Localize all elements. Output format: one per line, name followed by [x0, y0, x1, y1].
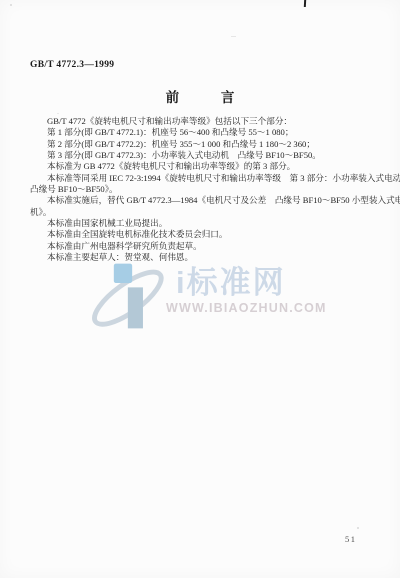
body-line: GB/T 4772《旋转电机尺寸和输出功率等级》包括以下三个部分： — [30, 116, 380, 127]
body-line: 本标准由广州电器科学研究所负责起草。 — [30, 241, 380, 252]
watermark-site-name: i标准网 — [176, 257, 286, 302]
scan-speck — [57, 113, 59, 114]
body-line: 本标准由国家机械工业局提出。 — [30, 218, 380, 229]
page-title: 前 言 — [0, 86, 400, 106]
scan-speck — [10, 4, 12, 6]
document-page: GB/T 4772.3—1999 前 言 GB/T 4772《旋转电机尺寸和输出… — [0, 0, 400, 578]
scan-speck — [231, 36, 236, 37]
scan-speck — [357, 527, 359, 529]
body-line: 本标准实施后，替代 GB/T 4772.3—1984《电机尺寸及公差 凸缘号 B… — [30, 195, 380, 206]
ibiaozhun-logo-icon — [92, 255, 168, 337]
body-line: 本标准由全国旋转电机标准化技术委员会归口。 — [30, 229, 380, 240]
body-line: 第 1 部分(即 GB/T 4772.1)：机座号 56～400 和凸缘号 55… — [30, 127, 380, 138]
body-line: 机》。 — [30, 207, 380, 218]
scan-artifact — [304, 0, 306, 7]
body-line: 本标准等同采用 IEC 72-3:1994《旋转电机尺寸和输出功率等级 第 3 … — [30, 173, 380, 184]
standard-number: GB/T 4772.3—1999 — [30, 60, 114, 70]
foreword-body: GB/T 4772《旋转电机尺寸和输出功率等级》包括以下三个部分： 第 1 部分… — [30, 116, 380, 263]
watermark-site-url: WWW.IBIAOZHUN.COM — [166, 301, 327, 315]
body-line: 凸缘号 BF10～BF50》。 — [30, 184, 380, 195]
body-line: 第 2 部分(即 GB/T 4772.2)：机座号 355～1 000 和凸缘号… — [30, 139, 380, 150]
body-line: 本标准为 GB 4772《旋转电机尺寸和输出功率等级》的第 3 部分。 — [30, 161, 380, 172]
page-number: 51 — [345, 534, 357, 544]
body-line: 第 3 部分(即 GB/T 4772.3)：小功率装入式电动机 凸缘号 BF10… — [30, 150, 380, 161]
